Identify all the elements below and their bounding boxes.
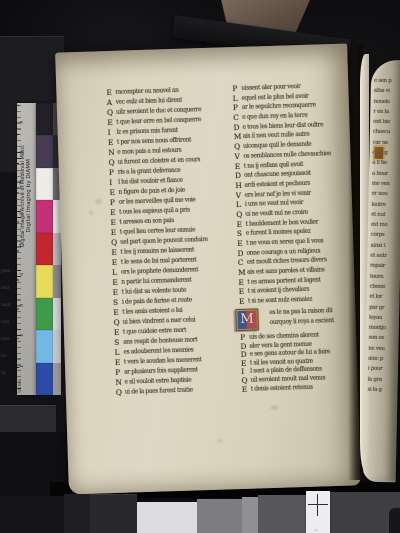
line-text: t par nos sens nous offrirent bbox=[117, 136, 191, 147]
ruler-number: 2 bbox=[21, 333, 26, 339]
line-text: uiconque quil le demande bbox=[243, 141, 311, 151]
color-patch bbox=[36, 103, 53, 135]
line-initial: A bbox=[107, 99, 116, 107]
line-initial: E bbox=[111, 249, 120, 257]
illuminated-initial: M bbox=[235, 308, 259, 331]
line-text: ui ne veult nul ne croire bbox=[245, 209, 308, 219]
line-initial: E bbox=[112, 279, 121, 287]
facing-page-text: e sen palba vinouelsr en laont biechascu… bbox=[367, 78, 400, 409]
facing-verse-fragment: et nul bbox=[371, 212, 400, 223]
line-text: t denis estoient retenus bbox=[251, 383, 313, 393]
line-initial: E bbox=[235, 162, 244, 170]
line-initial: E bbox=[111, 229, 120, 237]
line-text: t les amis estoient o lui bbox=[122, 307, 182, 317]
diamm-imaging-label: Digital Imaging by DIAMM bbox=[26, 159, 32, 232]
color-patch bbox=[36, 363, 53, 395]
edge-text-fragment: oze bbox=[1, 319, 18, 336]
line-text: n partir lui commanderent bbox=[121, 277, 191, 287]
line-initial: S bbox=[237, 230, 246, 238]
line-initial: D bbox=[240, 342, 249, 350]
line-text: ais il nen veut nulle autre bbox=[243, 131, 310, 141]
line-text: t bauldement le bon voulier bbox=[245, 218, 318, 228]
facing-verse-fragment: montjo bbox=[369, 325, 399, 336]
line-initial: D bbox=[241, 351, 250, 359]
line-text: vec eulz et bien lui dirent bbox=[116, 97, 183, 107]
parchment-stain bbox=[94, 197, 104, 205]
facing-verse-fragment: par gr bbox=[369, 304, 399, 315]
grey-step bbox=[53, 363, 61, 395]
facing-verse-fragment: ainsi t bbox=[370, 242, 400, 253]
line-initial: L bbox=[112, 269, 121, 277]
line-initial: V bbox=[234, 153, 243, 161]
line-initial: I bbox=[241, 368, 250, 376]
bottom-tray-corner bbox=[389, 508, 400, 533]
line-initial: N bbox=[115, 379, 124, 387]
bottom-tray-segment bbox=[90, 494, 137, 533]
ruler-unit-label: Inches bbox=[17, 379, 22, 393]
line-text: e furent li moines apelez bbox=[246, 228, 311, 238]
line-initial: V bbox=[236, 191, 245, 199]
line-initial: Q bbox=[111, 239, 120, 247]
parchment-stain bbox=[88, 210, 94, 216]
line-initial: Q bbox=[108, 159, 117, 167]
line-text: ers leur nef je les vi venir bbox=[245, 189, 311, 199]
line-text: lz es prisons mis furent bbox=[117, 127, 178, 137]
ruler-ticks-major bbox=[17, 105, 19, 394]
parchment-stain bbox=[215, 438, 224, 444]
line-text: t ous les espieus quil a pris bbox=[119, 207, 190, 217]
edge-text-fragment: re bbox=[1, 353, 18, 370]
line-text: i uns ne veut nul veoir bbox=[245, 199, 303, 209]
line-initial: E bbox=[112, 259, 121, 267]
line-initial: D bbox=[233, 124, 242, 132]
facing-verse-fragment: r en la bbox=[373, 109, 400, 120]
line-text: t na ij enfans quil avoit bbox=[244, 160, 304, 170]
ruler: 987654321 Digital Image Archive of Medie… bbox=[17, 103, 36, 395]
facing-verse-fragment: la gra bbox=[368, 376, 398, 387]
initial-wrap-lines: es le na pas la raison ditourquoy li roy… bbox=[260, 306, 357, 330]
line-initial: Q bbox=[116, 389, 125, 397]
line-text: racompter ou nouvel an bbox=[115, 87, 178, 97]
verse-line: ourquoy li roys a escient bbox=[261, 317, 357, 330]
line-initial: E bbox=[241, 360, 250, 368]
line-initial: E bbox=[239, 298, 248, 306]
line-text: ar le sepulchre reconquerre bbox=[242, 102, 316, 113]
line-initial: E bbox=[110, 209, 119, 217]
facing-verse-fragment: et autr bbox=[370, 253, 400, 264]
facing-verse-fragment: repair bbox=[370, 263, 400, 274]
line-initial: M bbox=[238, 269, 247, 277]
line-text: ourquoy li roys a escient bbox=[270, 317, 334, 327]
facing-verse-fragment: loyau bbox=[369, 315, 399, 326]
line-text: t que cuidoie estre mort bbox=[123, 327, 187, 337]
line-initial: P bbox=[233, 104, 242, 112]
line-text: uissent aler pour veoir bbox=[241, 83, 300, 93]
line-text: t les ij romains ne laisserent bbox=[120, 246, 194, 257]
grey-step bbox=[53, 233, 61, 265]
line-text: t es armes portent et logent bbox=[247, 276, 320, 286]
facing-verse-fragment: ne veu bbox=[368, 345, 398, 356]
line-text: t aresses en son pais bbox=[119, 217, 174, 227]
edge-text-fragment: sy bbox=[1, 370, 18, 387]
line-initial: I bbox=[109, 179, 118, 187]
line-text: es adouberent les mesnies bbox=[123, 346, 193, 356]
bottom-tray-white-patch bbox=[137, 502, 197, 533]
ruler-number: 1 bbox=[21, 363, 26, 369]
clamped-page-edge-text: gneuezaultozenesresy bbox=[1, 268, 18, 396]
line-text: e mon pais a nul estours bbox=[117, 147, 181, 157]
line-text: uel part quon le pouvoit conduire bbox=[120, 236, 208, 247]
line-text: t si ne sont nulz esmaiez bbox=[248, 296, 312, 306]
line-initial: H bbox=[235, 182, 244, 190]
line-initial: L bbox=[114, 349, 123, 357]
line-text: t si avoient ij chevaliers bbox=[248, 286, 310, 296]
line-initial: E bbox=[239, 288, 248, 296]
line-initial: Q bbox=[114, 319, 123, 327]
line-initial: E bbox=[114, 329, 123, 337]
line-initial: S bbox=[114, 339, 123, 347]
facing-verse-fragment: a li bo bbox=[372, 160, 400, 171]
line-initial: E bbox=[110, 219, 119, 227]
edge-text-fragment: ault bbox=[1, 302, 18, 319]
color-patch bbox=[36, 330, 53, 362]
line-text: t lui dist sa volente toute bbox=[122, 287, 187, 297]
line-text: uilz seroient le duc et conquerre bbox=[116, 106, 201, 117]
line-initial: D bbox=[235, 172, 244, 180]
line-initial: E bbox=[113, 309, 122, 317]
facing-verse-fragment: me ven bbox=[372, 181, 400, 192]
facing-verse-fragment: i pour bbox=[368, 366, 398, 377]
line-text: ui furent en cloistre et en cours bbox=[117, 156, 200, 167]
line-initial: E bbox=[107, 119, 116, 127]
text-column-right-upper: Puissent aler pour veoirLequel est le pl… bbox=[232, 81, 357, 307]
line-text: es le na pas la raison dit bbox=[269, 307, 332, 317]
ruler-number: 4 bbox=[21, 272, 26, 278]
facing-verse-fragment: chascu bbox=[373, 129, 400, 140]
line-initial: E bbox=[113, 289, 122, 297]
line-initial: P bbox=[115, 369, 124, 377]
grey-step bbox=[53, 298, 61, 330]
facing-verse-fragment: corps bbox=[371, 232, 400, 243]
facing-verse-fragment: son os bbox=[368, 335, 398, 346]
crosshair-card-label: 1 bbox=[314, 529, 318, 531]
line-text: i de pain de farine et route bbox=[122, 297, 192, 307]
line-initial: Q bbox=[236, 211, 245, 219]
text-column-right-lower: Puis de ses chemins alerentDaler vers la… bbox=[240, 330, 360, 394]
facing-verse-fragment: a bour bbox=[372, 170, 400, 181]
ruler-number: 3 bbox=[21, 302, 26, 308]
line-text: or les merveilles quil me voie bbox=[119, 196, 196, 207]
line-text: ui bien vindrent a mer celui bbox=[123, 316, 196, 326]
line-initial: N bbox=[108, 149, 117, 157]
bottom-tray-segment bbox=[242, 497, 258, 533]
color-patch bbox=[36, 200, 53, 232]
facing-verse-fragment: chemi bbox=[370, 284, 400, 295]
line-initial: S bbox=[113, 299, 122, 307]
line-initial: Q bbox=[234, 143, 243, 151]
line-initial: I bbox=[108, 129, 117, 137]
facing-verse-fragment: ainc p bbox=[368, 356, 398, 367]
color-patch bbox=[36, 298, 53, 330]
facing-verse-fragment: lautre bbox=[371, 201, 400, 212]
line-initial: E bbox=[106, 89, 115, 97]
facing-verse-fragment: er nou bbox=[371, 191, 400, 202]
line-initial: E bbox=[108, 139, 117, 147]
edge-text-fragment: nes bbox=[1, 336, 18, 353]
bottom-tray-segment bbox=[64, 494, 90, 533]
line-text: ors le prophete demanderent bbox=[121, 266, 199, 277]
line-initial: D bbox=[237, 249, 246, 257]
color-patch bbox=[36, 233, 53, 265]
manuscript-page: Eracompter ou nouvel anAvec eulz et bien… bbox=[55, 44, 361, 495]
line-initial: E bbox=[237, 240, 246, 248]
line-text: ris a la grant delivrance bbox=[118, 167, 181, 177]
parchment-stain bbox=[268, 404, 280, 411]
line-initial: E bbox=[236, 220, 245, 228]
line-text: e sil vouloit estre baptisie bbox=[124, 377, 191, 387]
facing-verse-fragment: et lor bbox=[369, 294, 399, 305]
line-initial: M bbox=[234, 133, 243, 141]
facing-verse-fragment: ont bie bbox=[373, 119, 400, 130]
color-patch bbox=[36, 168, 53, 200]
bottom-tray-segment bbox=[258, 495, 306, 533]
text-column-left: Eracompter ou nouvel anAvec eulz et bien… bbox=[106, 85, 246, 399]
grey-step bbox=[53, 330, 61, 362]
line-text: ont chascune sesjouissoit bbox=[244, 170, 311, 180]
line-initial: E bbox=[242, 385, 251, 393]
line-initial: E bbox=[238, 279, 247, 287]
color-calibration-strip: 987654321 Digital Image Archive of Medie… bbox=[17, 103, 61, 395]
line-text: l lui dist vouloir et fiance bbox=[118, 177, 183, 187]
line-initial: L bbox=[233, 95, 242, 103]
line-text: onne courage a un religieux bbox=[246, 247, 320, 258]
gilt-initial bbox=[373, 146, 384, 160]
line-text: t quel lieu certes leur ennuie bbox=[120, 226, 196, 237]
line-initial: C bbox=[238, 259, 247, 267]
line-text: e que dun roy en la terre bbox=[242, 112, 308, 122]
line-text: t que leur erre en bel conquerre bbox=[116, 116, 201, 127]
color-patch bbox=[36, 135, 53, 167]
line-initial: Q bbox=[107, 109, 116, 117]
line-initial: L bbox=[236, 201, 245, 209]
grey-step bbox=[53, 265, 61, 297]
line-initial: P bbox=[109, 169, 118, 177]
line-text: equel est le plus bel avoir bbox=[242, 92, 309, 102]
illuminated-initial-letter: M bbox=[236, 310, 258, 328]
color-patch bbox=[36, 265, 53, 297]
line-initial: E bbox=[109, 189, 118, 197]
bottom-tray-segment bbox=[197, 499, 242, 533]
facing-verse-fragment: tourn bbox=[370, 273, 400, 284]
line-text: ar plusieurs fois supplierent bbox=[124, 366, 198, 377]
line-initial: P bbox=[240, 334, 249, 342]
line-initial: Q bbox=[241, 377, 250, 385]
line-text: t vers le soudan les menerent bbox=[124, 356, 202, 367]
facing-verse-fragment: e sen p bbox=[374, 78, 400, 89]
line-text: ans respit de honteuse mort bbox=[123, 336, 197, 347]
line-initial: E bbox=[115, 359, 124, 367]
facing-verse-fragment: nouels bbox=[373, 98, 400, 109]
edge-text-fragment: gne bbox=[1, 268, 18, 285]
line-text: t le sens de lui mal porterent bbox=[121, 256, 197, 267]
ruler-number: 9 bbox=[21, 119, 26, 125]
facing-verse-fragment: si la g bbox=[367, 387, 397, 398]
registration-crosshair-card: 1 bbox=[306, 491, 330, 533]
line-initial: C bbox=[233, 114, 242, 122]
line-text: ardi estoient et pecheurs bbox=[244, 180, 310, 190]
facing-verse-fragment: est mo bbox=[371, 222, 400, 233]
color-patch-column bbox=[36, 103, 53, 395]
line-text: n figure de pais et de joie bbox=[118, 187, 185, 197]
edge-text-fragment: uez bbox=[1, 285, 18, 302]
bottom-tray-segment bbox=[0, 496, 64, 533]
photo-stage: gneuezaultozenesresy 987654321 Digital I… bbox=[0, 0, 400, 533]
facing-verse-fragment: alba vi bbox=[374, 88, 400, 99]
line-initial: P bbox=[232, 85, 241, 93]
line-initial: P bbox=[110, 199, 119, 207]
line-text: ui de la paes furent traitie bbox=[125, 387, 193, 397]
